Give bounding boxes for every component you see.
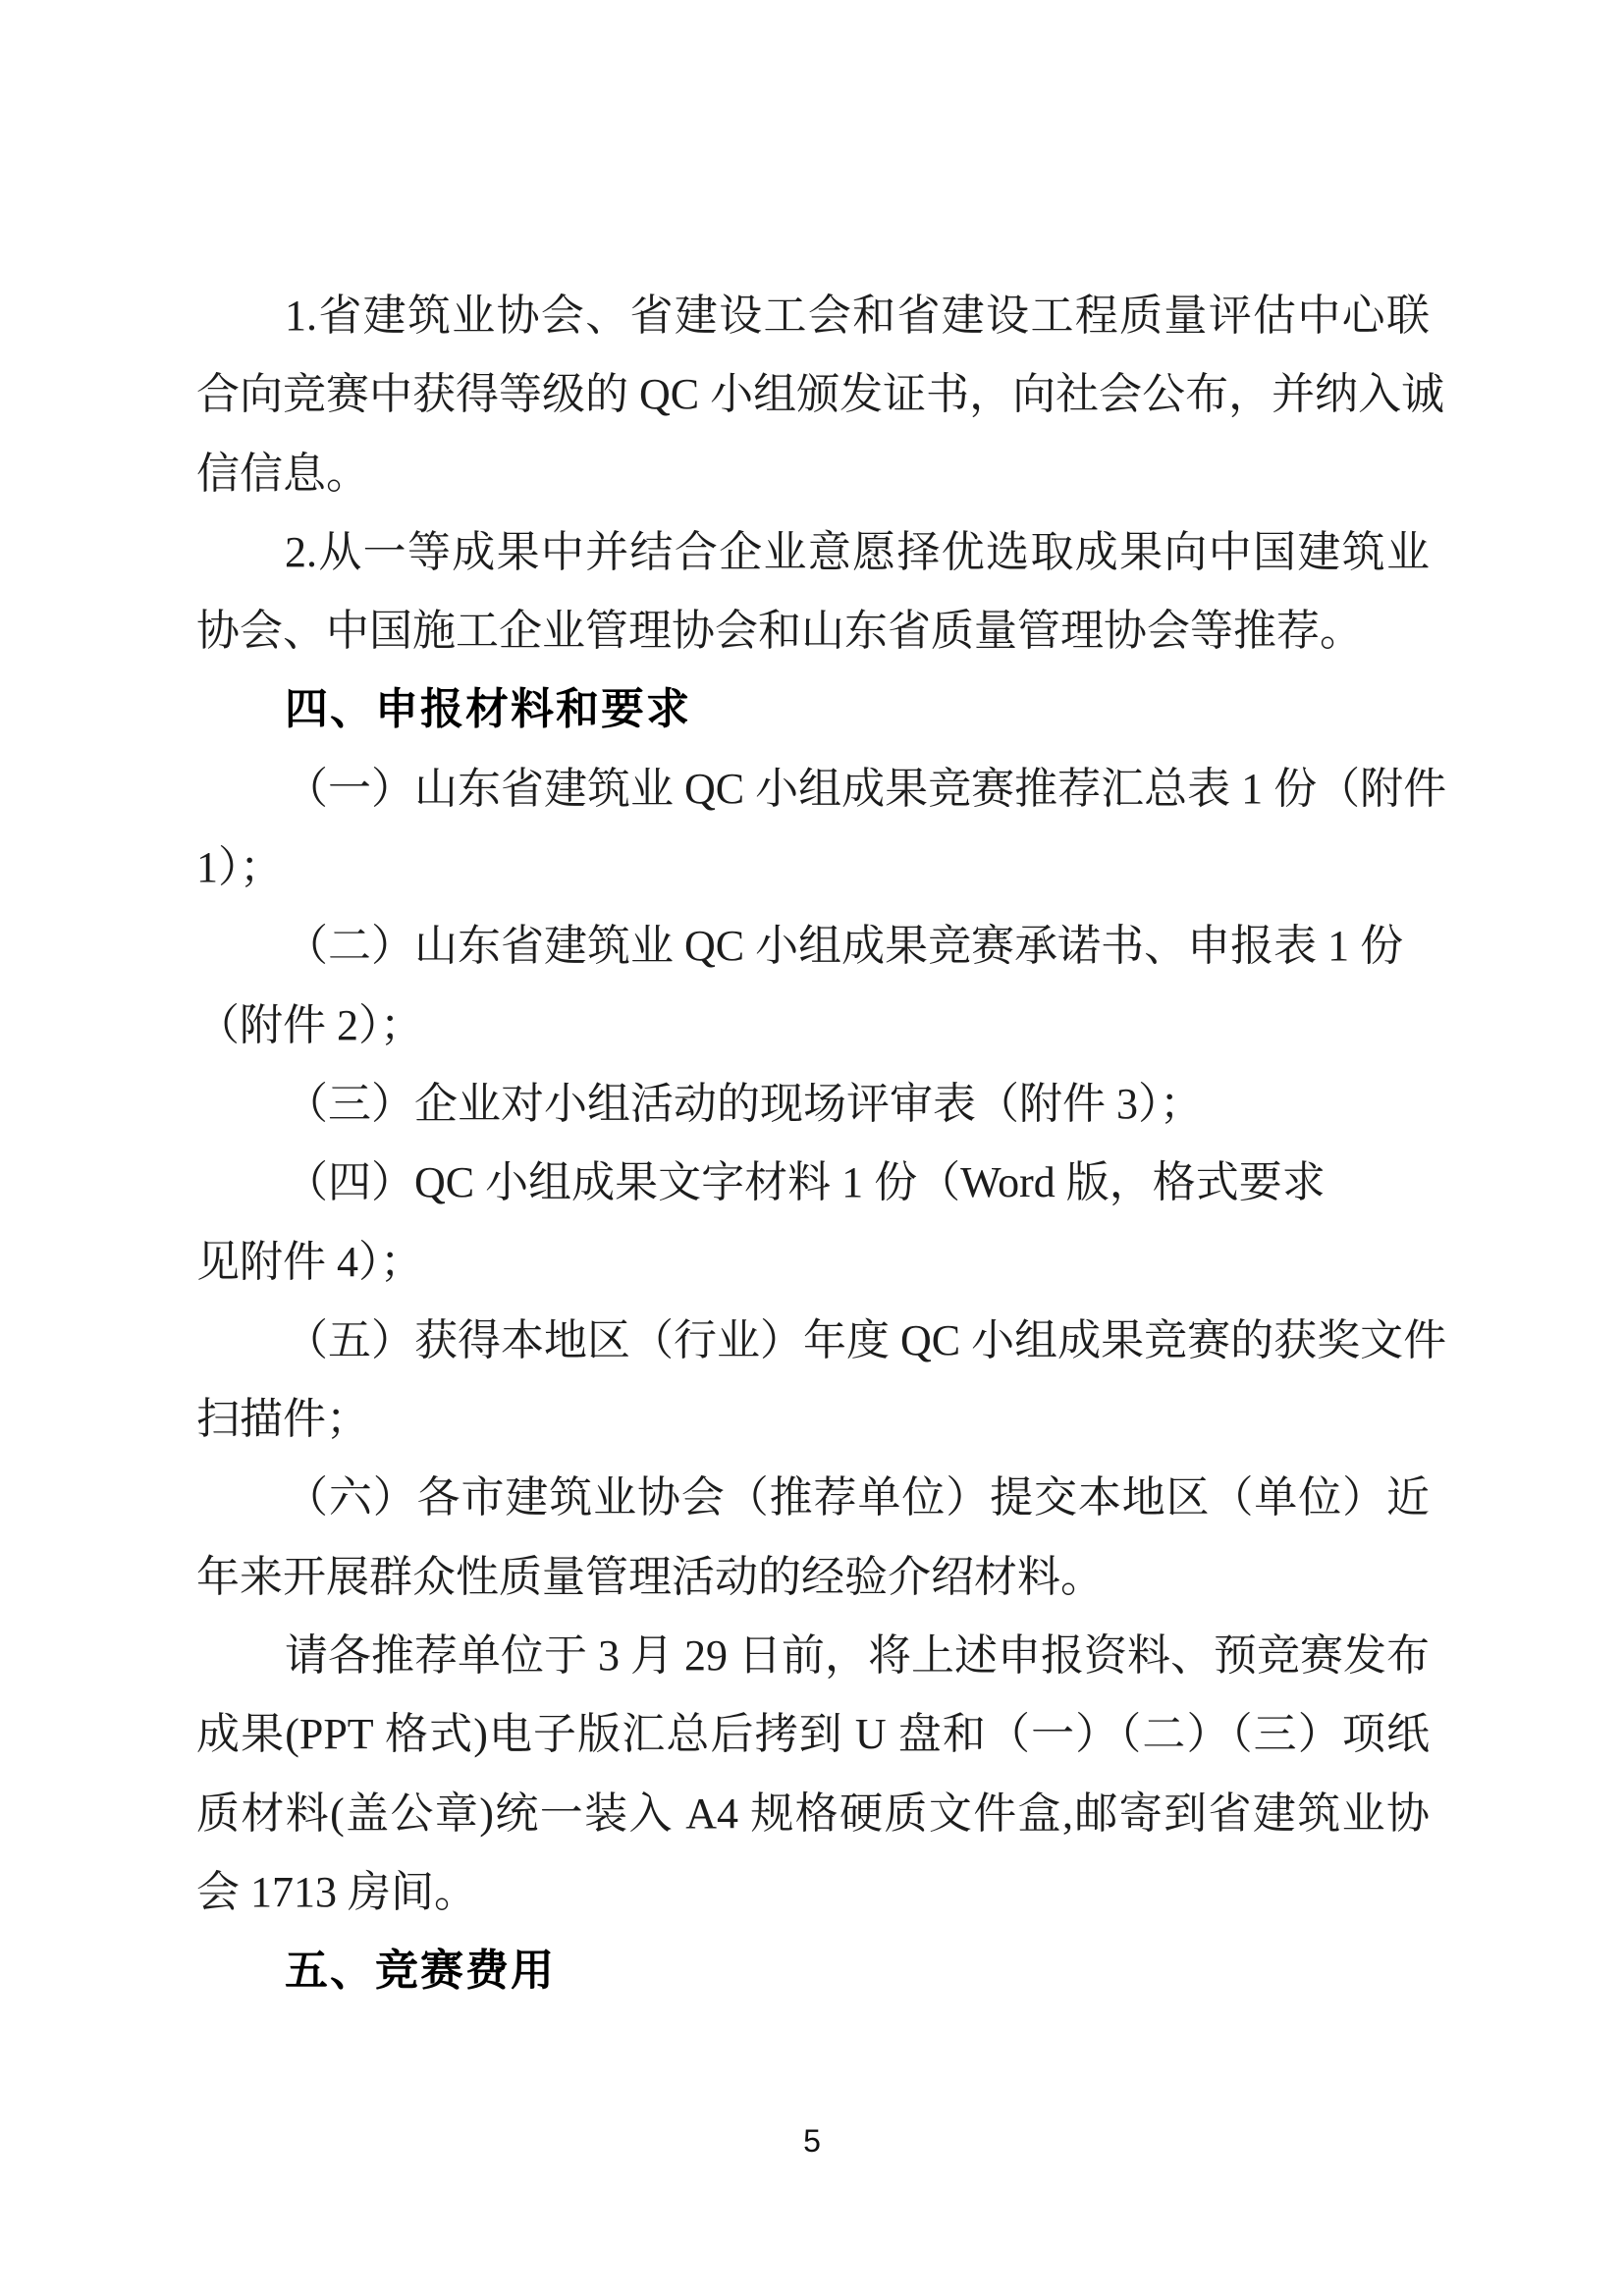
- doc-line: 信信息。: [196, 435, 1430, 513]
- doc-line: （五）获得本地区（行业）年度 QC 小组成果竞赛的获奖文件: [196, 1302, 1430, 1380]
- doc-line: 2.从一等成果中并结合企业意愿择优选取成果向中国建筑业: [196, 513, 1430, 592]
- doc-line: 1）；: [196, 828, 1430, 907]
- document-body: 1.省建筑业协会、省建设工会和省建设工程质量评估中心联 合向竞赛中获得等级的 Q…: [196, 277, 1430, 2011]
- doc-line: 会 1713 房间。: [196, 1853, 1430, 1932]
- doc-line: 见附件 4）；: [196, 1223, 1430, 1302]
- doc-line: 合向竞赛中获得等级的 QC 小组颁发证书，向社会公布，并纳入诚: [196, 355, 1430, 434]
- doc-line: （六）各市建筑业协会（推荐单位）提交本地区（单位）近: [196, 1459, 1430, 1537]
- doc-line: 1.省建筑业协会、省建设工会和省建设工程质量评估中心联: [196, 277, 1430, 355]
- doc-line: （一）山东省建筑业 QC 小组成果竞赛推荐汇总表 1 份（附件: [196, 750, 1430, 828]
- doc-line: （二）山东省建筑业 QC 小组成果竞赛承诺书、申报表 1 份: [196, 907, 1430, 986]
- doc-line: 扫描件；: [196, 1380, 1430, 1459]
- section-5-heading: 五、竞赛费用: [196, 1932, 1430, 2010]
- doc-line: 成果(PPT 格式)电子版汇总后拷到 U 盘和（一）（二）（三）项纸: [196, 1695, 1430, 1774]
- doc-line: 协会、中国施工企业管理协会和山东省质量管理协会等推荐。: [196, 592, 1430, 670]
- doc-line: （四）QC 小组成果文字材料 1 份（Word 版，格式要求: [196, 1144, 1430, 1222]
- doc-line: 质材料(盖公章)统一装入 A4 规格硬质文件盒,邮寄到省建筑业协: [196, 1775, 1430, 1853]
- doc-line: 年来开展群众性质量管理活动的经验介绍材料。: [196, 1538, 1430, 1617]
- doc-line: （附件 2）；: [196, 987, 1430, 1065]
- section-4-heading: 四、申报材料和要求: [196, 670, 1430, 749]
- document-page: 1.省建筑业协会、省建设工会和省建设工程质量评估中心联 合向竞赛中获得等级的 Q…: [0, 0, 1624, 2296]
- doc-line: （三）企业对小组活动的现场评审表（附件 3）；: [196, 1065, 1430, 1144]
- doc-line: 请各推荐单位于 3 月 29 日前，将上述申报资料、预竞赛发布: [196, 1617, 1430, 1695]
- page-number: 5: [0, 2120, 1624, 2162]
